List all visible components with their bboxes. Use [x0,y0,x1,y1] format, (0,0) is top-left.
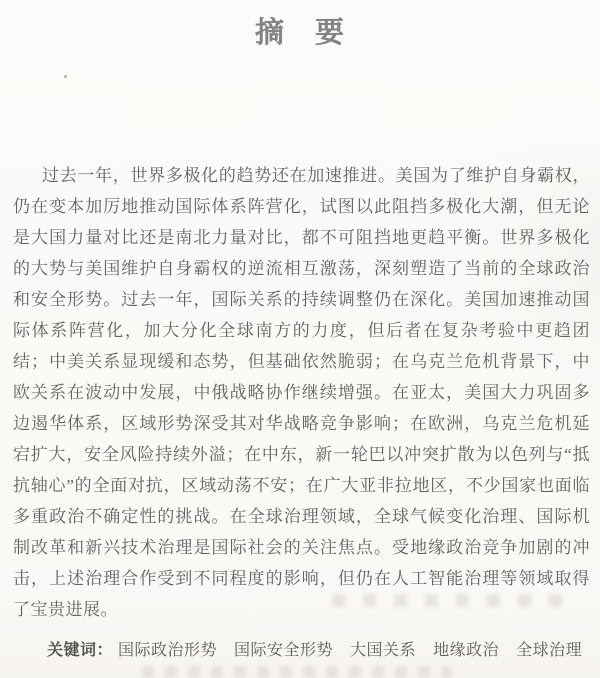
keyword-item: 国际政治形势 [118,642,217,659]
keyword-item: 国际安全形势 [234,642,333,659]
keyword-item: 大国关系 [350,642,416,659]
scan-speck-artifact [64,75,67,78]
keywords-label: 关键词： [47,642,113,659]
abstract-paragraph: 过去一年，世界多极化的趋势还在加速推进。美国为了维护自身霸权，仍在变本加厉地推动… [13,160,590,625]
keyword-item: 全球治理 [516,642,582,659]
keyword-item: 地缘政治 [433,642,499,659]
page-title: 摘 要 [0,15,600,51]
document-page: 摘 要 过去一年，世界多极化的趋势还在加速推进。美国为了维护自身霸权，仍在变本加… [0,0,600,678]
bleedthrough-artifact-bottom [142,666,452,678]
keywords-line: 关键词：国际政治形势国际安全形势大国关系地缘政治全球治理 [47,640,592,662]
